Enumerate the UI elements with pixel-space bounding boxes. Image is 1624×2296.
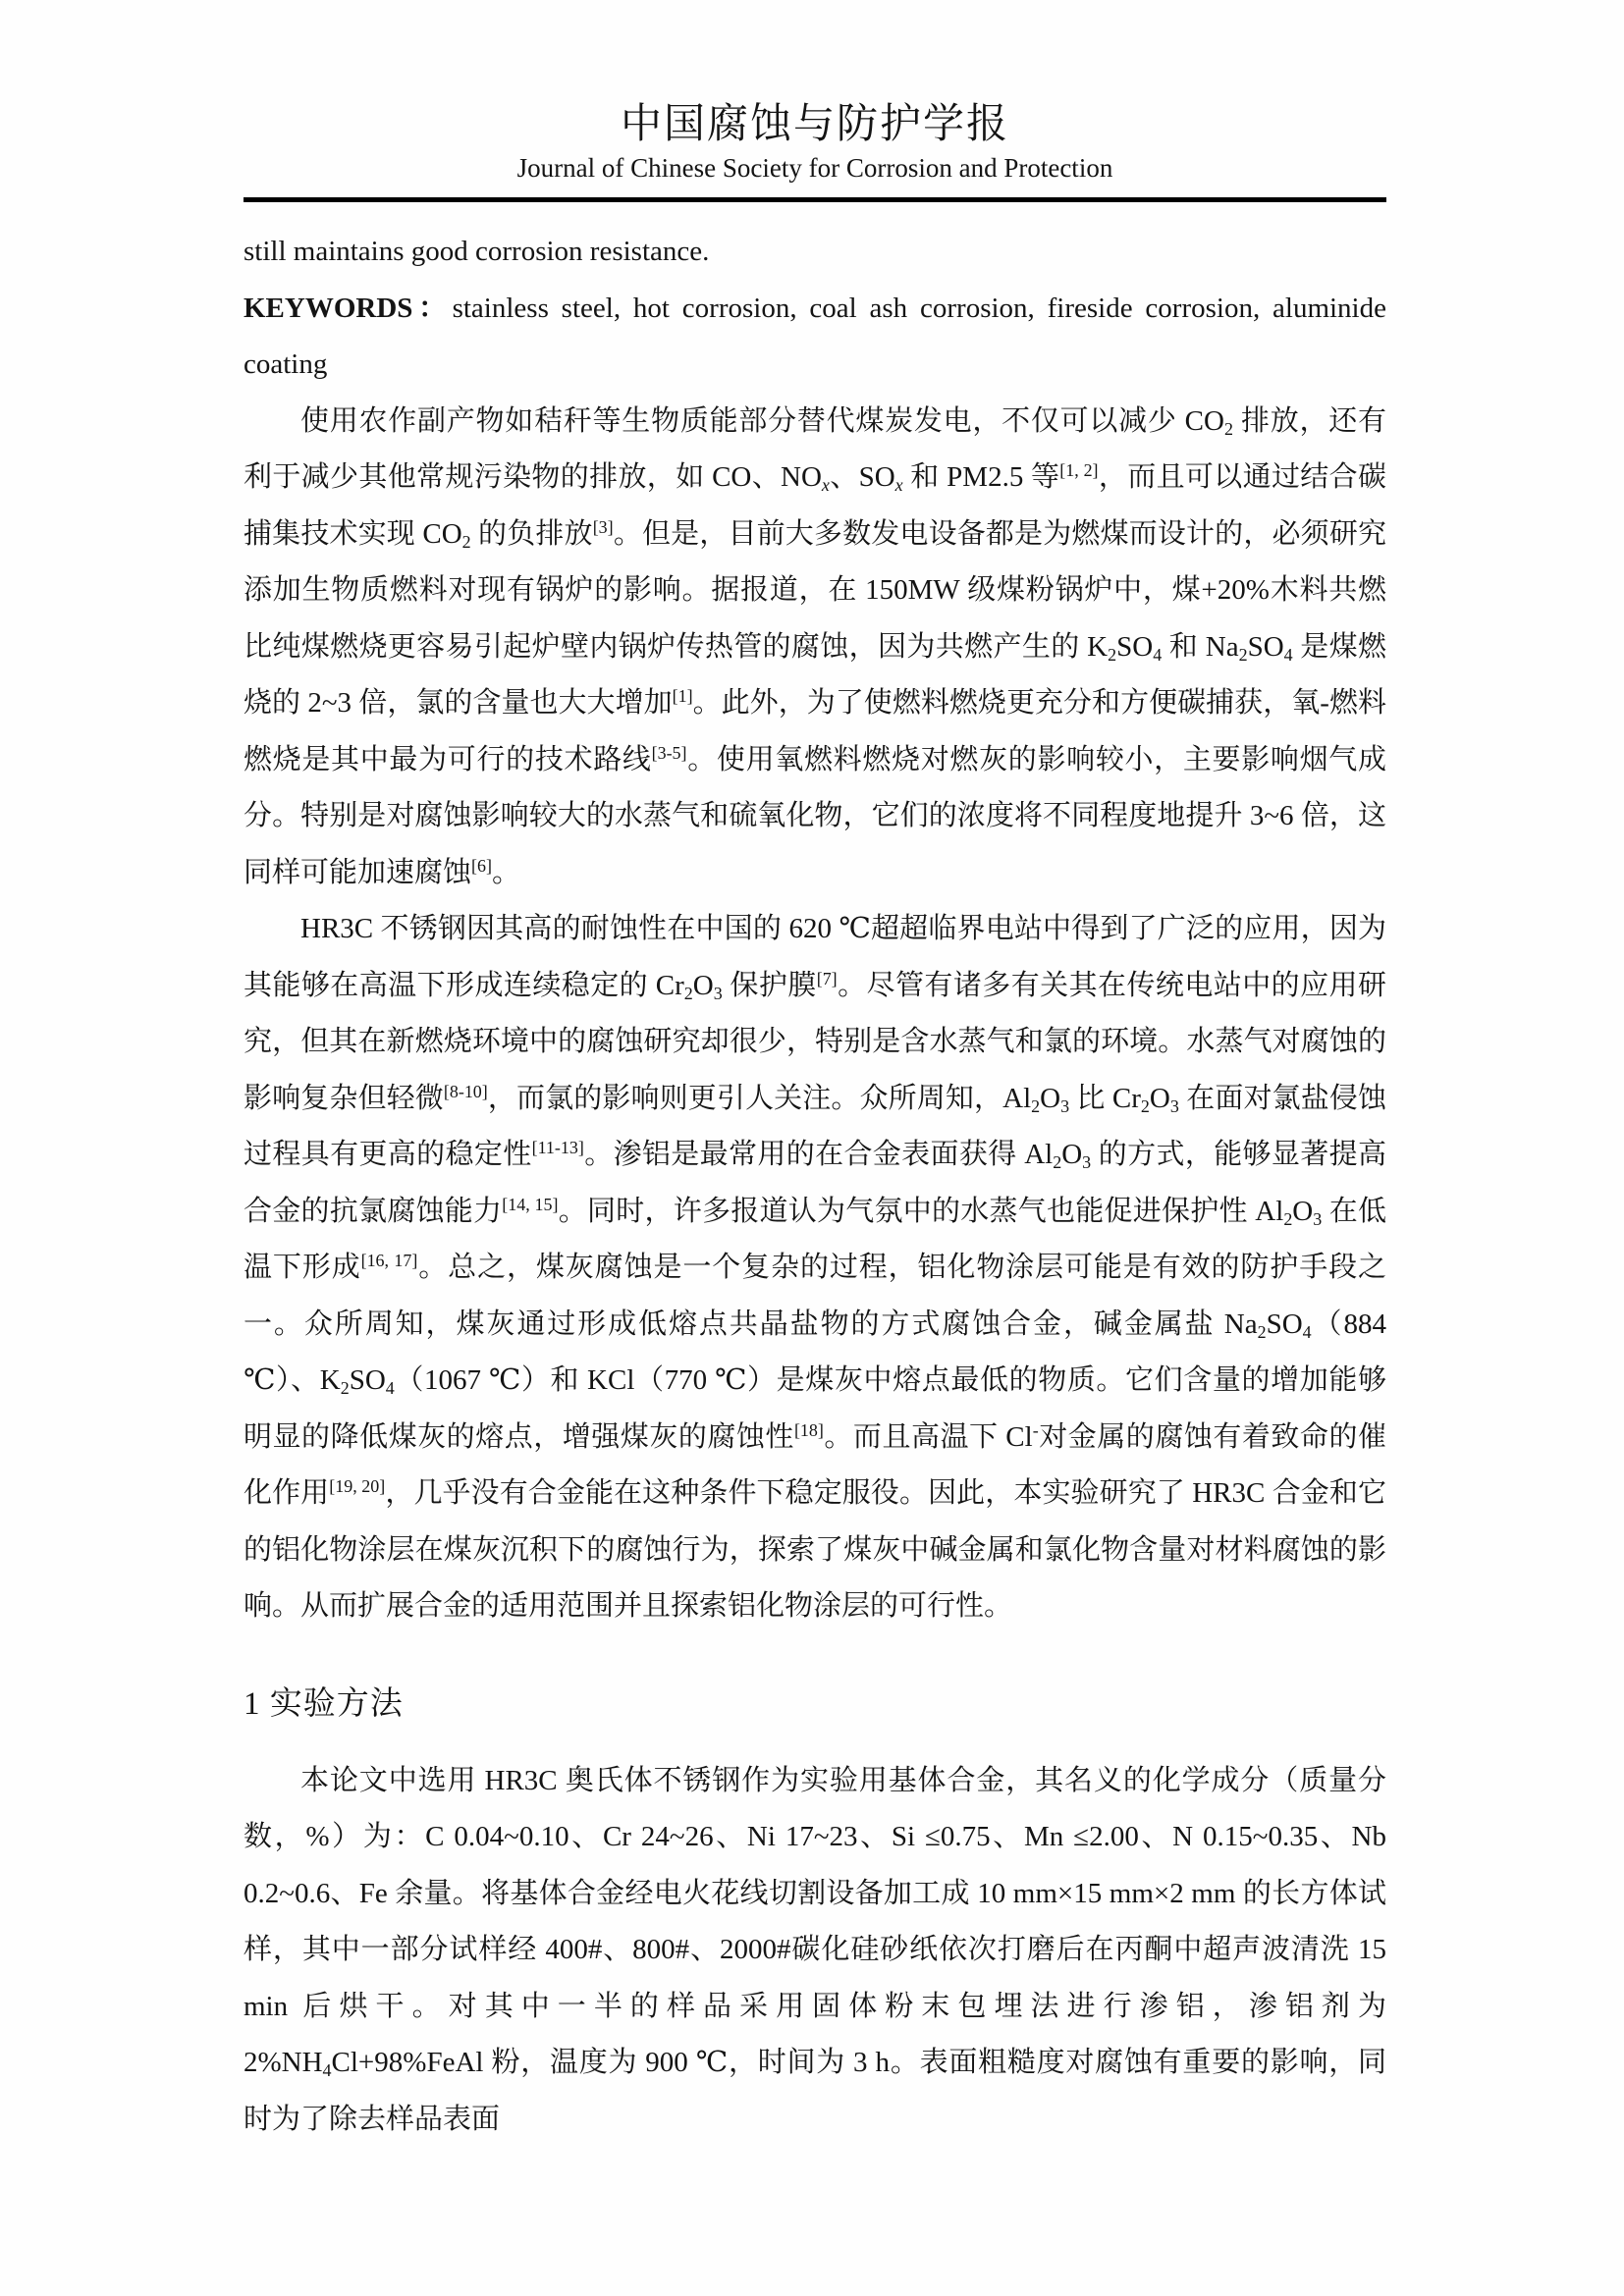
subscript: 4 [1284,645,1293,665]
subscript: 3 [714,984,723,1003]
page-content: 中国腐蚀与防护学报 Journal of Chinese Society for… [244,0,1386,2148]
subscript: 3 [1170,1096,1179,1116]
journal-title-english: Journal of Chinese Society for Corrosion… [244,152,1386,186]
subscript: 2 [1141,1096,1150,1116]
journal-header: 中国腐蚀与防护学报 Journal of Chinese Society for… [244,100,1386,202]
citation-ref: [1, 2] [1059,460,1098,480]
subscript: 3 [1060,1096,1069,1116]
subscript: 2 [1258,1322,1267,1342]
citation-ref: [14, 15] [502,1195,558,1214]
document-page: 中国腐蚀与防护学报 Journal of Chinese Society for… [0,0,1624,2296]
citation-ref: [18] [794,1420,824,1440]
citation-ref: [6] [471,856,492,876]
citation-ref: [19, 20] [329,1476,385,1496]
subscript: 2 [1239,645,1248,665]
citation-ref: [8-10] [444,1082,488,1101]
paragraph: 本论文中选用 HR3C 奥氏体不锈钢作为实验用基体合金，其名义的化学成分（质量分… [244,1753,1386,2149]
subscript: 2 [462,532,471,552]
citation-ref: - [1033,1420,1039,1440]
subscript: 2 [341,1378,350,1398]
subscript: 4 [1153,645,1162,665]
subscript-italic: x [822,475,830,495]
header-divider-rule [244,197,1386,202]
subscript-italic: x [895,475,903,495]
article-body: still maintains good corrosion resistanc… [244,224,1386,2148]
subscript: 2 [1031,1096,1040,1116]
citation-ref: [16, 17] [361,1251,418,1270]
citation-ref: [1] [673,686,693,706]
subscript: 4 [386,1378,395,1398]
subscript: 3 [1082,1152,1091,1172]
subscript: 4 [323,2060,332,2080]
citation-ref: [3] [593,517,614,537]
paragraph: KEYWORDS：stainless steel, hot corrosion,… [244,281,1386,394]
subscript: 2 [1108,645,1116,665]
keywords-label: KEYWORDS： [244,293,453,324]
paragraph: 使用农作副产物如秸秆等生物质能部分替代煤炭发电，不仅可以减少 CO2 排放，还有… [244,394,1386,902]
subscript: 2 [684,984,693,1003]
paragraph: still maintains good corrosion resistanc… [244,224,1386,281]
subscript: 4 [1303,1322,1312,1342]
subscript: 2 [1053,1152,1061,1172]
subscript: 2 [1224,419,1233,439]
citation-ref: [3-5] [652,743,687,763]
journal-title-chinese: 中国腐蚀与防护学报 [244,100,1386,149]
section-heading: 1 实验方法 [244,1675,1386,1734]
subscript: 2 [1283,1209,1292,1229]
citation-ref: [11-13] [532,1138,584,1157]
subscript: 3 [1313,1209,1322,1229]
paragraph: HR3C 不锈钢因其高的耐蚀性在中国的 620 ℃超超临界电站中得到了广泛的应用… [244,901,1386,1635]
citation-ref: [7] [817,969,838,988]
